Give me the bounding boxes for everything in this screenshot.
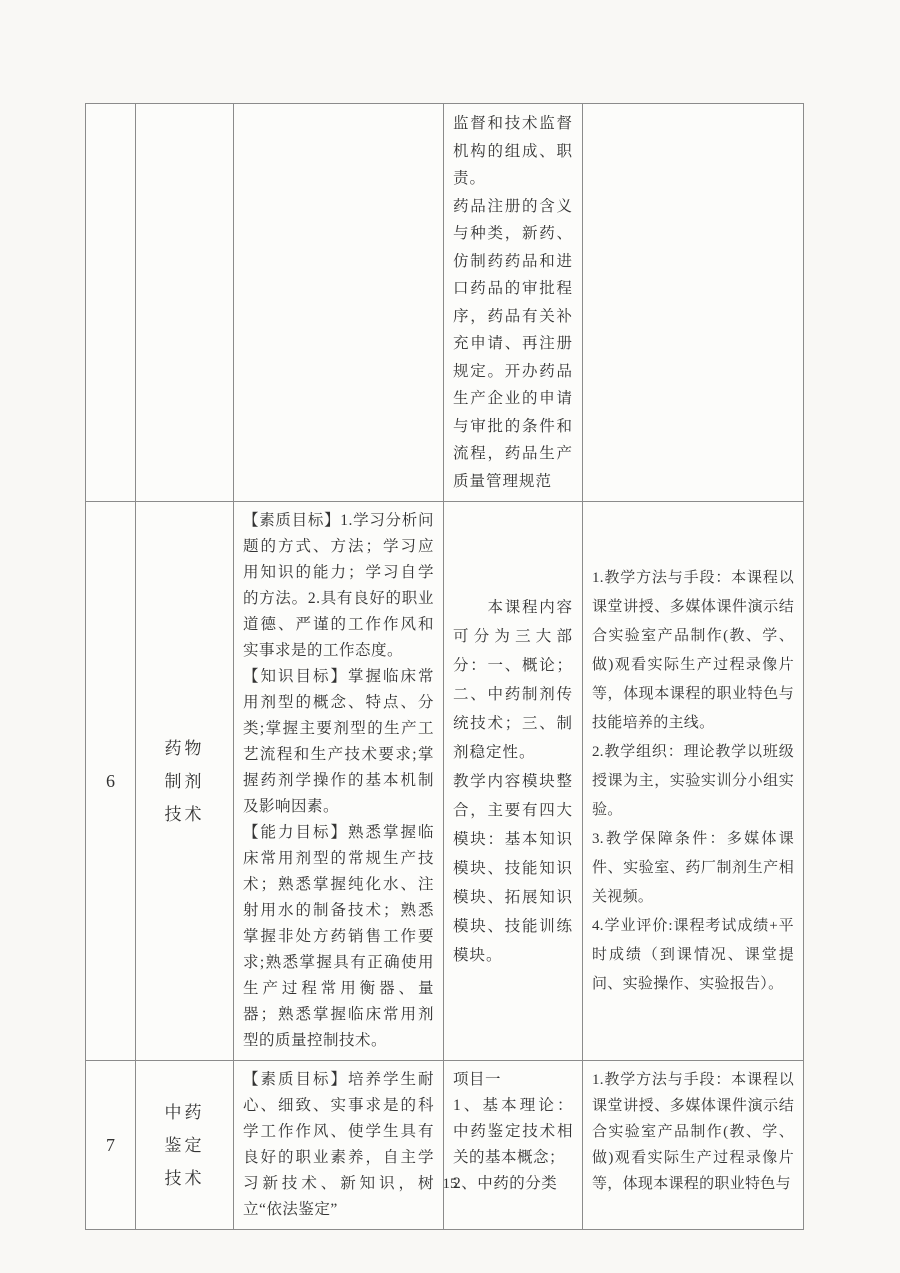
continuation-objectives-cell [234,104,444,502]
course-7-number-cell: 7 [86,1061,136,1230]
curriculum-table: 监督和技术监督机构的组成、职责。 药品注册的含义与种类，新药、仿制药药品和进口药… [85,103,804,1230]
course-7-objectives-cell: 【素质目标】培养学生耐心、细致、实事求是的科学工作作风、使学生具有良好的职业素养… [234,1061,444,1230]
continuation-content-cell: 监督和技术监督机构的组成、职责。 药品注册的含义与种类，新药、仿制药药品和进口药… [444,104,583,502]
course-6-content-cell: 本课程内容可分为三大部分：一、概论；二、中药制剂传统技术；三、制剂稳定性。 教学… [444,502,583,1061]
course-7-content-cell: 项目一 1、基本理论：中药鉴定技术相关的基本概念； 2、中药的分类 [444,1061,583,1230]
course-6-methods-cell: 1.教学方法与手段：本课程以课堂讲授、多媒体课件演示结合实验室产品制作(教、学、… [583,502,804,1061]
page-number: 15 [0,1176,900,1193]
continuation-course-cell [136,104,234,502]
course-6-name-cell: 药物 制剂 技术 [136,502,234,1061]
course-6-number-cell: 6 [86,502,136,1061]
course-7-name-cell: 中药 鉴定 技术 [136,1061,234,1230]
table-row-course-7: 7 中药 鉴定 技术 【素质目标】培养学生耐心、细致、实事求是的科学工作作风、使… [86,1061,804,1230]
course-6-objectives-cell: 【素质目标】1.学习分析问题的方式、方法；学习应用知识的能力；学习自学的方法。2… [234,502,444,1061]
table-row-course-6: 6 药物 制剂 技术 【素质目标】1.学习分析问题的方式、方法；学习应用知识的能… [86,502,804,1061]
document-page: 监督和技术监督机构的组成、职责。 药品注册的含义与种类，新药、仿制药药品和进口药… [0,0,900,1273]
table-row-continuation: 监督和技术监督机构的组成、职责。 药品注册的含义与种类，新药、仿制药药品和进口药… [86,104,804,502]
continuation-number-cell [86,104,136,502]
course-7-methods-cell: 1.教学方法与手段：本课程以课堂讲授、多媒体课件演示结合实验室产品制作(教、学、… [583,1061,804,1230]
continuation-methods-cell [583,104,804,502]
